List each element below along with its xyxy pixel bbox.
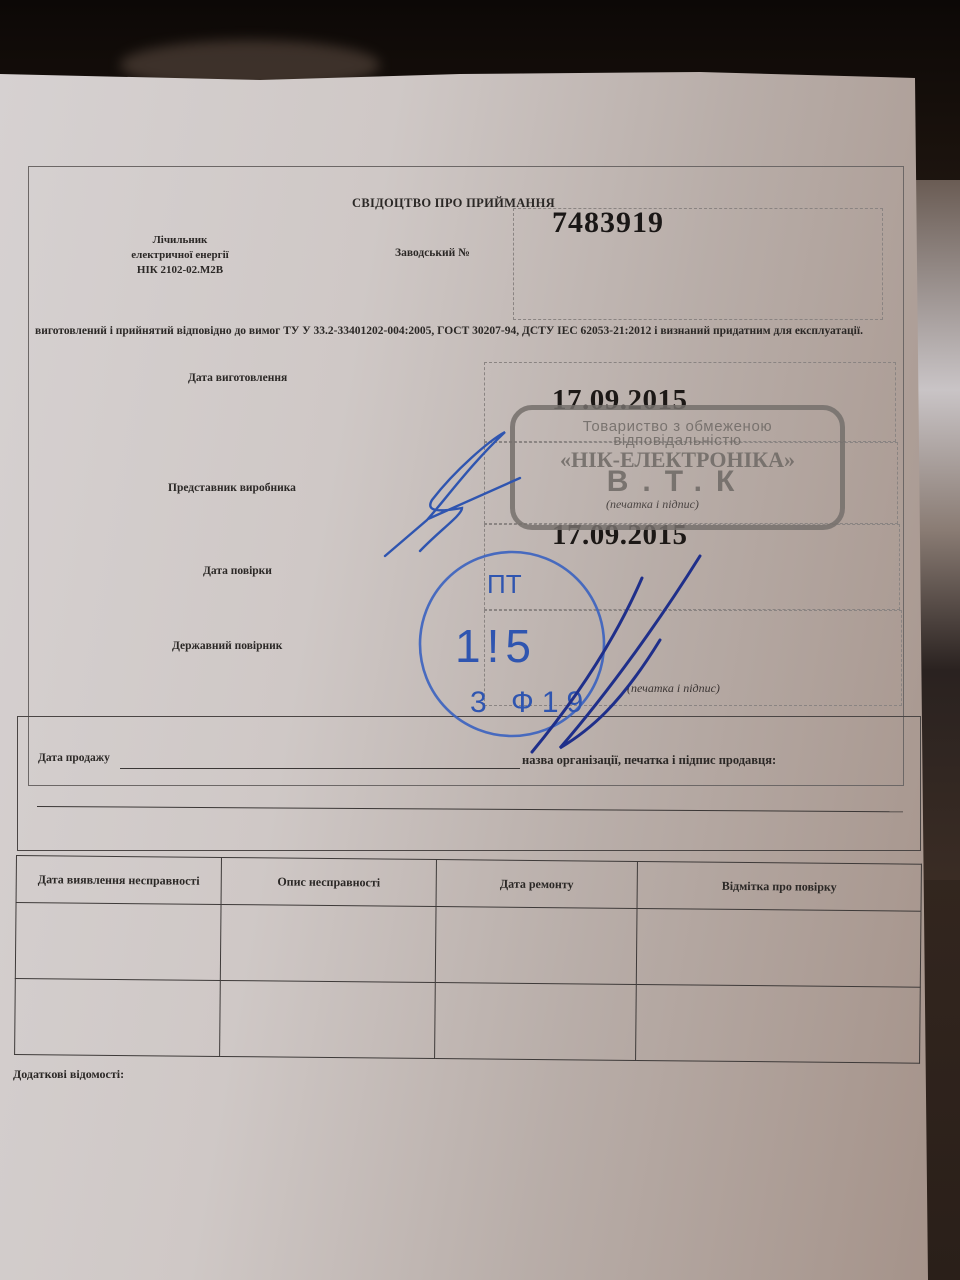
manufacture-date-label: Дата виготовлення bbox=[188, 372, 287, 384]
sale-date-label: Дата продажу bbox=[38, 752, 110, 764]
manufacturer-rep-label: Представник виробника bbox=[168, 482, 296, 494]
table-cell[interactable] bbox=[220, 980, 436, 1058]
table-cell[interactable] bbox=[435, 907, 637, 985]
repair-table: Дата виявлення несправності Опис несправ… bbox=[14, 855, 922, 1064]
state-verifier-label: Державний повірник bbox=[172, 640, 282, 652]
table-cell[interactable] bbox=[636, 984, 921, 1063]
manufacturer-rep-hint: (печатка і підпис) bbox=[606, 497, 699, 512]
sale-section bbox=[17, 716, 921, 851]
header-verification-mark: Відмітка про повірку bbox=[637, 861, 921, 911]
header-fault-date: Дата виявлення несправності bbox=[16, 856, 221, 905]
table-cell[interactable] bbox=[220, 904, 436, 982]
additional-info-label: Додаткові відомості: bbox=[13, 1067, 124, 1082]
header-repair-date: Дата ремонту bbox=[436, 860, 637, 909]
standards-statement: виготовлений і прийнятий відповідно до в… bbox=[35, 322, 915, 341]
table-row bbox=[15, 978, 921, 1063]
factory-number-label: Заводський № bbox=[395, 247, 470, 259]
sale-org-label: назва організації, печатка і підпис прод… bbox=[522, 753, 776, 768]
meter-line-1: Лічильник bbox=[120, 233, 240, 248]
factory-number-value: 7483919 bbox=[552, 206, 664, 240]
table-cell[interactable] bbox=[636, 908, 921, 987]
table-cell[interactable] bbox=[15, 903, 221, 981]
verification-date-label: Дата повірки bbox=[203, 565, 272, 577]
table-row bbox=[15, 903, 921, 988]
sale-date-field[interactable] bbox=[120, 768, 520, 769]
header-fault-description: Опис несправності bbox=[221, 857, 436, 906]
meter-line-2: електричної енергії bbox=[120, 248, 240, 263]
state-verifier-hint: (печатка і підпис) bbox=[627, 681, 720, 696]
meter-description: Лічильник електричної енергії НІК 2102-0… bbox=[120, 233, 240, 278]
meter-line-3: НІК 2102-02.М2В bbox=[120, 263, 240, 278]
table-cell[interactable] bbox=[15, 978, 221, 1056]
verification-date-field[interactable] bbox=[484, 524, 900, 610]
table-cell[interactable] bbox=[435, 983, 637, 1061]
